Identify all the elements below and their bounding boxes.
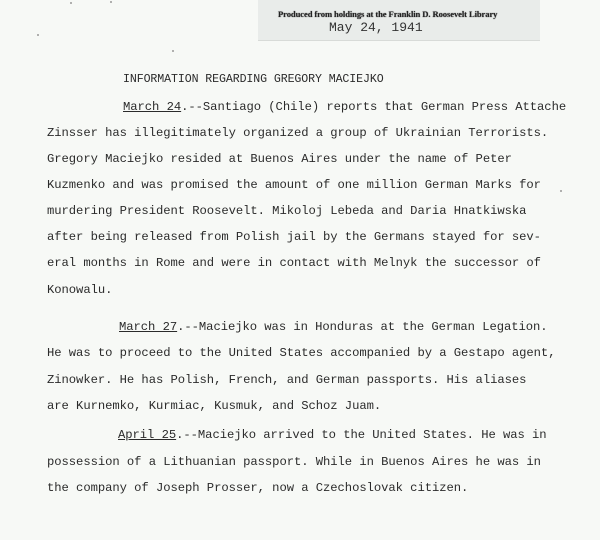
paper-speck	[560, 190, 562, 192]
paper-speck	[70, 2, 72, 4]
paragraph-2-line-3: Zinowker. He has Polish, French, and Ger…	[47, 373, 526, 387]
paragraph-3-line-3: the company of Joseph Prosser, now a Cze…	[47, 481, 468, 495]
paragraph-1-line-7: eral months in Rome and were in contact …	[47, 256, 541, 270]
paragraph-1-line-1: March 24.--Santiago (Chile) reports that…	[123, 100, 566, 114]
paragraph-1-line-5: murdering President Roosevelt. Mikoloj L…	[47, 204, 526, 218]
paragraph-1-line-3: Gregory Maciejko resided at Buenos Aires…	[47, 152, 512, 166]
document-date: May 24, 1941	[329, 20, 423, 35]
paragraph-3-line-1: April 25.--Maciejko arrived to the Unite…	[118, 428, 547, 442]
paragraph-3-line-2: possession of a Lithuanian passport. Whi…	[47, 455, 541, 469]
paragraph-2-line-4: are Kurnemko, Kurmiac, Kusmuk, and Schoz…	[47, 399, 381, 413]
paper-speck	[110, 1, 112, 3]
paragraph-1-line-8: Konowalu.	[47, 283, 112, 297]
paragraph-2-line-1: March 27.--Maciejko was in Honduras at t…	[119, 320, 548, 334]
paragraph-2-line-2: He was to proceed to the United States a…	[47, 346, 555, 360]
date-label-march-27: March 27	[119, 320, 177, 334]
paragraph-1-line-4: Kuzmenko and was promised the amount of …	[47, 178, 541, 192]
archive-stamp-text: Produced from holdings at the Franklin D…	[278, 9, 497, 19]
paper-speck	[172, 50, 174, 52]
document-title: INFORMATION REGARDING GREGORY MACIEJKO	[123, 73, 384, 86]
date-label-march-24: March 24	[123, 100, 181, 114]
paragraph-1-line-6: after being released from Polish jail by…	[47, 230, 541, 244]
paper-speck	[37, 34, 39, 36]
paragraph-1-line-2: Zinsser has illegitimately organized a g…	[47, 126, 548, 140]
date-label-april-25: April 25	[118, 428, 176, 442]
